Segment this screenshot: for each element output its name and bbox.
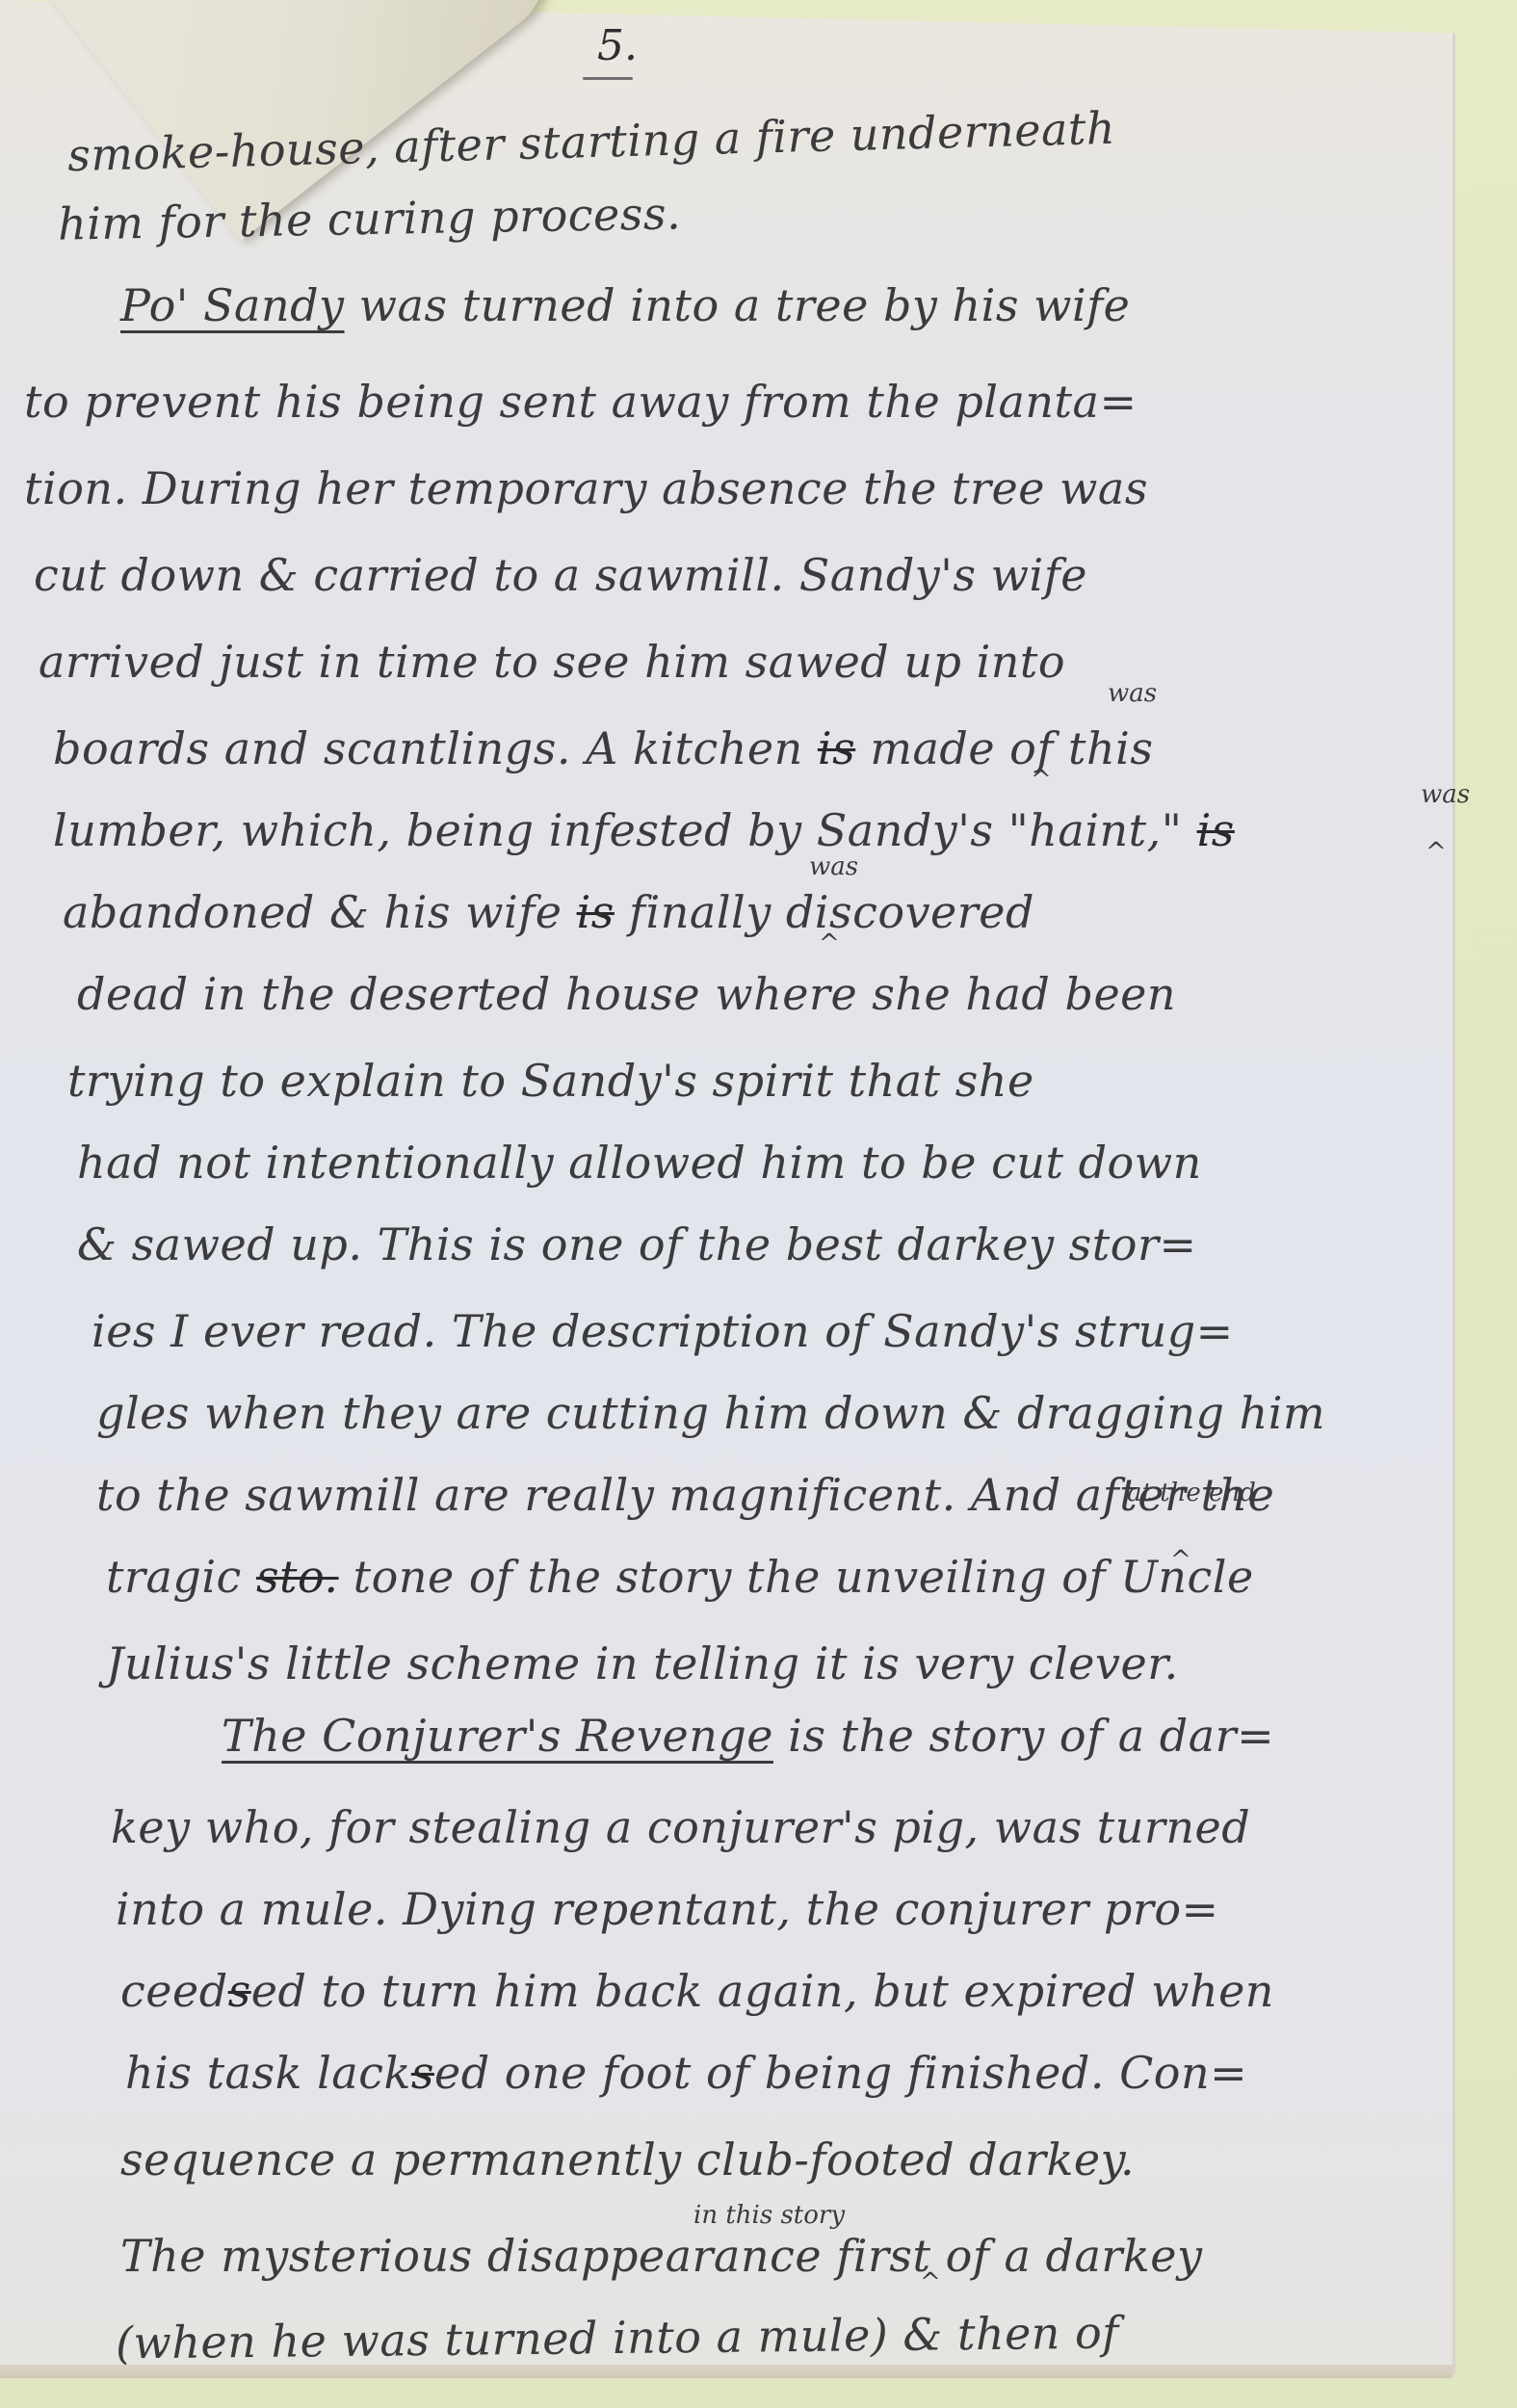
line-text: into a mule. Dying repentant, the conjur…: [116, 1883, 1219, 1935]
struck-word: s: [228, 1965, 251, 2017]
insertion-in-this-story: in this story: [693, 2201, 845, 2230]
story-title-po-sandy: Po' Sandy: [120, 279, 345, 331]
manuscript-line: arrived just in time to see him sawed up…: [39, 636, 1065, 688]
insertion-caret: ^: [920, 2268, 941, 2297]
line-text: had not intentionally allowed him to be …: [77, 1137, 1202, 1189]
insertion-was: was: [1108, 679, 1157, 708]
story-title-conjurers-revenge: The Conjurer's Revenge: [222, 1710, 773, 1762]
manuscript-line: tragic sto. tone of the story the unveil…: [106, 1551, 1254, 1603]
line-text: ceed: [120, 1965, 228, 2017]
manuscript-line: Po' Sandy was turned into a tree by his …: [120, 279, 1130, 331]
insertion-caret: ^: [819, 929, 840, 958]
manuscript-line: trying to explain to Sandy's spirit that…: [67, 1055, 1034, 1107]
manuscript-line: ies I ever read. The description of Sand…: [92, 1305, 1234, 1357]
line-text: & sawed up. This is one of the best dark…: [77, 1218, 1197, 1270]
manuscript-line: had not intentionally allowed him to be …: [77, 1137, 1202, 1189]
manuscript-line: dead in the deserted house where she had…: [77, 968, 1176, 1020]
line-text: sequence a permanently club-footed darke…: [120, 2133, 1135, 2186]
manuscript-content: 5. smoke-house, after starting a fire un…: [0, 0, 1452, 2374]
line-text: ies I ever read. The description of Sand…: [92, 1305, 1234, 1357]
manuscript-line: sequence a permanently club-footed darke…: [120, 2133, 1135, 2186]
line-text: is the story of a dar=: [773, 1710, 1274, 1762]
line-text: tragic: [106, 1551, 256, 1603]
insertion-was: was: [1421, 780, 1470, 809]
struck-word: is: [1197, 804, 1235, 856]
struck-word: s: [411, 2047, 434, 2099]
manuscript-line: to the sawmill are really magnificent. A…: [96, 1469, 1274, 1521]
page-number-underline: [583, 77, 633, 80]
insertion-caret: ^: [1425, 838, 1447, 867]
manuscript-line: The mysterious disappearance first of a …: [120, 2230, 1202, 2282]
manuscript-line: into a mule. Dying repentant, the conjur…: [116, 1883, 1219, 1935]
line-text: The mysterious disappearance first of a …: [120, 2230, 1202, 2282]
line-text: gles when they are cutting him down & dr…: [96, 1387, 1325, 1439]
line-text: abandoned & his wife: [63, 886, 577, 938]
line-text: ed one foot of being finished. Con=: [434, 2047, 1247, 2099]
line-text: was turned into a tree by his wife: [345, 279, 1131, 331]
manuscript-line: (when he was turned into a mule) & then …: [116, 2307, 1119, 2369]
line-text: to the sawmill are really magnificent. A…: [96, 1469, 1274, 1521]
manuscript-line: Julius's little scheme in telling it is …: [106, 1637, 1179, 1689]
page-number: 5.: [597, 21, 638, 70]
line-text: tone of the story the unveiling of Uncle: [339, 1551, 1254, 1603]
insertion-was: was: [809, 852, 858, 881]
line-text: key who, for stealing a conjurer's pig, …: [111, 1801, 1250, 1853]
line-text: smoke-house, after starting a fire under…: [66, 102, 1115, 181]
manuscript-line: abandoned & his wife is finally discover…: [63, 886, 1034, 938]
line-text: lumber, which, being infested by Sandy's…: [53, 804, 1197, 856]
manuscript-line: lumber, which, being infested by Sandy's…: [53, 804, 1235, 856]
line-text: tion. During her temporary absence the t…: [24, 462, 1148, 514]
manuscript-line: to prevent his being sent away from the …: [24, 376, 1138, 428]
insertion-at-the-end: at the end: [1127, 1479, 1256, 1507]
line-text: made of this: [855, 722, 1153, 774]
line-text: boards and scantlings. A kitchen: [53, 722, 818, 774]
manuscript-line: The Conjurer's Revenge is the story of a…: [222, 1710, 1274, 1762]
line-text: ed to turn him back again, but expired w…: [251, 1965, 1274, 2017]
line-text: (when he was turned into a mule) & then …: [116, 2307, 1119, 2369]
manuscript-line: ceedsed to turn him back again, but expi…: [120, 1965, 1274, 2017]
manuscript-line: tion. During her temporary absence the t…: [24, 462, 1148, 514]
line-text: cut down & carried to a sawmill. Sandy's…: [34, 549, 1087, 601]
line-text: arrived just in time to see him sawed up…: [39, 636, 1065, 688]
line-text: Julius's little scheme in telling it is …: [106, 1637, 1179, 1689]
manuscript-line: him for the curing process.: [58, 187, 682, 249]
line-text: his task lack: [125, 2047, 411, 2099]
manuscript-line: gles when they are cutting him down & dr…: [96, 1387, 1325, 1439]
manuscript-line: cut down & carried to a sawmill. Sandy's…: [34, 549, 1087, 601]
line-text: to prevent his being sent away from the …: [24, 376, 1138, 428]
line-text: dead in the deserted house where she had…: [77, 968, 1176, 1020]
line-text: trying to explain to Sandy's spirit that…: [67, 1055, 1034, 1107]
struck-word: is: [818, 722, 855, 774]
insertion-caret: ^: [1170, 1546, 1191, 1575]
insertion-caret: ^: [1031, 766, 1052, 795]
struck-word: sto.: [256, 1551, 339, 1603]
manuscript-line: his task lacksed one foot of being finis…: [125, 2047, 1247, 2099]
manuscript-line: smoke-house, after starting a fire under…: [66, 102, 1115, 181]
manuscript-line: boards and scantlings. A kitchen is made…: [53, 722, 1153, 774]
line-text: him for the curing process.: [58, 187, 682, 249]
struck-word: is: [577, 886, 615, 938]
manuscript-line: key who, for stealing a conjurer's pig, …: [111, 1801, 1250, 1853]
manuscript-line: & sawed up. This is one of the best dark…: [77, 1218, 1197, 1270]
